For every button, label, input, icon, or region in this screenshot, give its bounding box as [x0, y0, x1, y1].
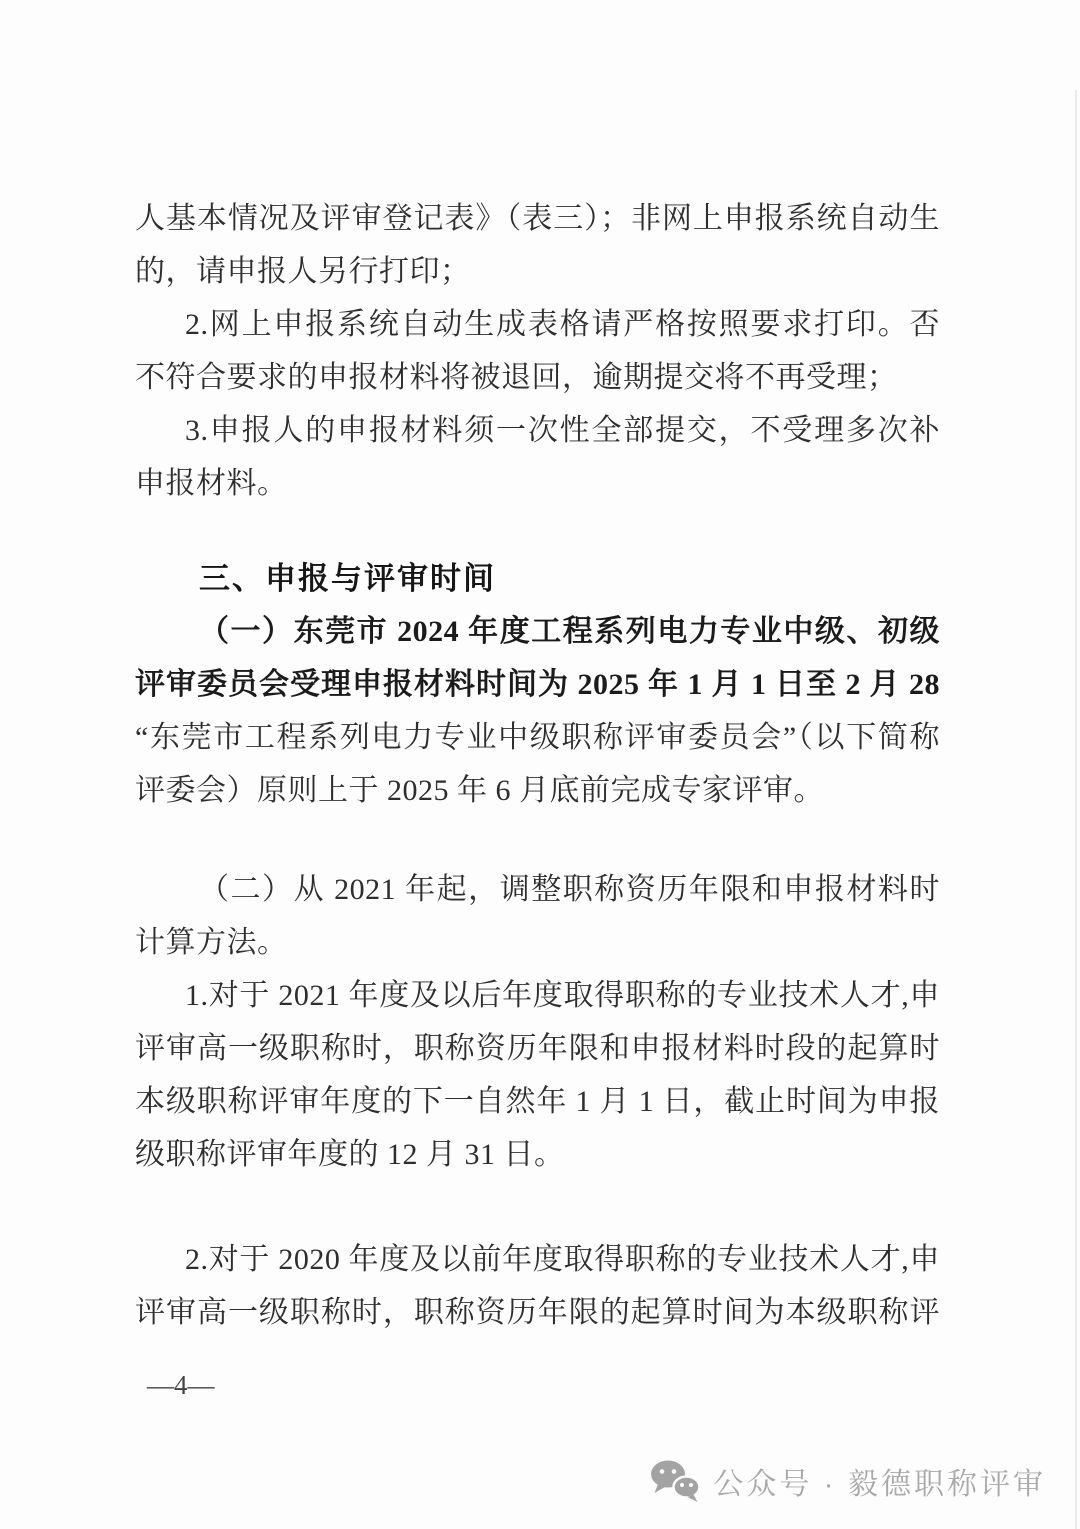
document-line: 评审高一级职称时，职称资历年限的起算时间为本级职称评审年	[135, 1286, 940, 1339]
scan-edge-artifact	[1075, 90, 1077, 1529]
document-line: 2.网上申报系统自动生成表格请严格按照要求打印。否则，	[135, 298, 940, 351]
scanned-document-page: 人基本情况及评审登记表》（表三）；非网上申报系统自动生成 的，请申报人另行打印；…	[0, 0, 1080, 1529]
document-line: 2.对于 2020 年度及以前年度取得职称的专业技术人才,申报	[135, 1233, 940, 1286]
section-heading-application-review-time: 三、申报与评审时间	[135, 552, 940, 605]
wechat-watermark-badge: 公众号 · 毅德职称评审	[649, 1455, 1046, 1507]
blank-line	[135, 1181, 940, 1233]
document-line: “东莞市工程系列电力专业中级职称评审委员会”（以下简称为：	[135, 711, 940, 764]
document-line: 1.对于 2021 年度及以后年度取得职称的专业技术人才,申报	[135, 969, 940, 1022]
document-line: （一）东莞市 2024 年度工程系列电力专业中级、初级职称	[135, 605, 940, 658]
document-line: 评委会）原则上于 2025 年 6 月底前完成专家评审。	[135, 764, 940, 817]
document-line: 人基本情况及评审登记表》（表三）；非网上申报系统自动生成	[135, 192, 940, 245]
wechat-icon	[649, 1459, 701, 1503]
blank-line	[135, 817, 940, 863]
document-line: 3.申报人的申报材料须一次性全部提交，不受理多次补充的	[135, 404, 940, 457]
document-line: 不符合要求的申报材料将被退回，逾期提交将不再受理；	[135, 351, 940, 404]
document-line: （二）从 2021 年起，调整职称资历年限和申报材料时段的	[135, 863, 940, 916]
document-line: 评审委员会受理申报材料时间为 2025 年 1 月 1 日至 2 月 28 日。	[135, 658, 940, 711]
watermark-label: 公众号 · 毅德职称评审	[713, 1459, 1046, 1503]
document-line: 计算方法。	[135, 916, 940, 969]
blank-line	[135, 510, 940, 552]
document-line: 级职称评审年度的 12 月 31 日。	[135, 1128, 940, 1181]
document-line: 本级职称评审年度的下一自然年 1 月 1 日，截止时间为申报高一	[135, 1075, 940, 1128]
document-body: 人基本情况及评审登记表》（表三）；非网上申报系统自动生成 的，请申报人另行打印；…	[135, 192, 940, 1339]
document-line: 评审高一级职称时，职称资历年限和申报材料时段的起算时间为	[135, 1022, 940, 1075]
page-number: —4—	[147, 1370, 215, 1400]
document-line: 的，请申报人另行打印；	[135, 245, 940, 298]
document-line: 申报材料。	[135, 457, 940, 510]
